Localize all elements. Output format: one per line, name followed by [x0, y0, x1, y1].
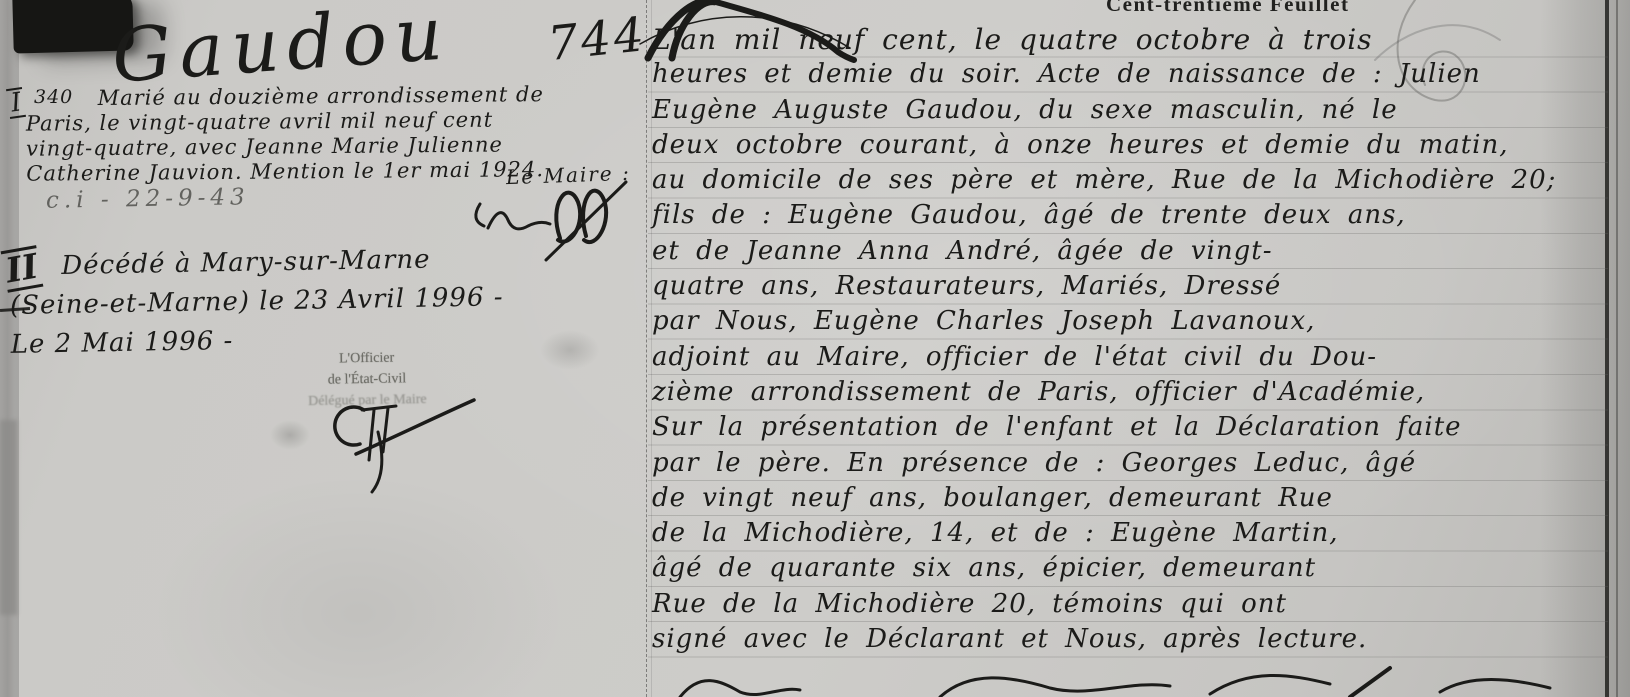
- act-line: L'an mil neuf cent, le quatre octobre à …: [652, 22, 1610, 57]
- paper-smudge: [270, 420, 310, 450]
- act-line: de la Michodière, 14, et de : Eugène Mar…: [652, 516, 1610, 551]
- registry-scan-page: Cent-trentième Feuillet Gaudou 744 I 340…: [0, 0, 1630, 697]
- act-line: deux octobre courant, à onze heures et d…: [652, 128, 1610, 163]
- act-line: signé avec le Déclarant et Nous, après l…: [652, 622, 1610, 657]
- binding-line-secondary: [1616, 0, 1618, 697]
- act-line: quatre ans, Restaurateurs, Mariés, Dress…: [652, 269, 1610, 304]
- act-line: de vingt neuf ans, boulanger, demeurant …: [652, 481, 1610, 516]
- stamp-line: L'Officier: [291, 347, 441, 371]
- printed-feuillet-header: Cent-trentième Feuillet: [1106, 0, 1349, 17]
- act-line: Rue de la Michodière 20, témoins qui ont: [652, 587, 1610, 622]
- death-margin-note: Décédé à Mary-sur-Marne (Seine-et-Marne)…: [9, 238, 571, 365]
- act-line: par Nous, Eugène Charles Joseph Lavanoux…: [652, 304, 1610, 339]
- act-line: zième arrondissement de Paris, officier …: [652, 375, 1610, 410]
- act-line: heures et demie du soir. Acte de naissan…: [652, 57, 1610, 92]
- act-line: au domicile de ses père et mère, Rue de …: [652, 163, 1610, 198]
- pencil-annotation: c.i - 22-9-43: [46, 184, 250, 214]
- officer-signature: [318, 392, 488, 467]
- margin-divider-rule: [646, 0, 647, 697]
- act-line: Eugène Auguste Gaudou, du sexe masculin,…: [652, 93, 1610, 128]
- act-line: et de Jeanne Anna André, âgée de vingt-: [652, 234, 1610, 269]
- stamp-line: de l'État-Civil: [292, 368, 442, 392]
- page-left-edge-shadow: [0, 420, 17, 615]
- act-body-text: L'an mil neuf cent, le quatre octobre à …: [652, 22, 1610, 657]
- act-line: Sur la présentation de l'enfant et la Dé…: [652, 410, 1610, 445]
- act-number: 744: [545, 7, 649, 72]
- act-line: par le père. En présence de : Georges Le…: [652, 446, 1610, 481]
- act-line: adjoint au Maire, officier de l'état civ…: [652, 340, 1610, 375]
- partial-signatures-bottom: [650, 666, 1600, 697]
- act-line: âgé de quarante six ans, épicier, demeur…: [652, 551, 1610, 586]
- act-line: fils de : Eugène Gaudou, âgé de trente d…: [652, 198, 1610, 233]
- marriage-note-marker: I: [6, 87, 26, 119]
